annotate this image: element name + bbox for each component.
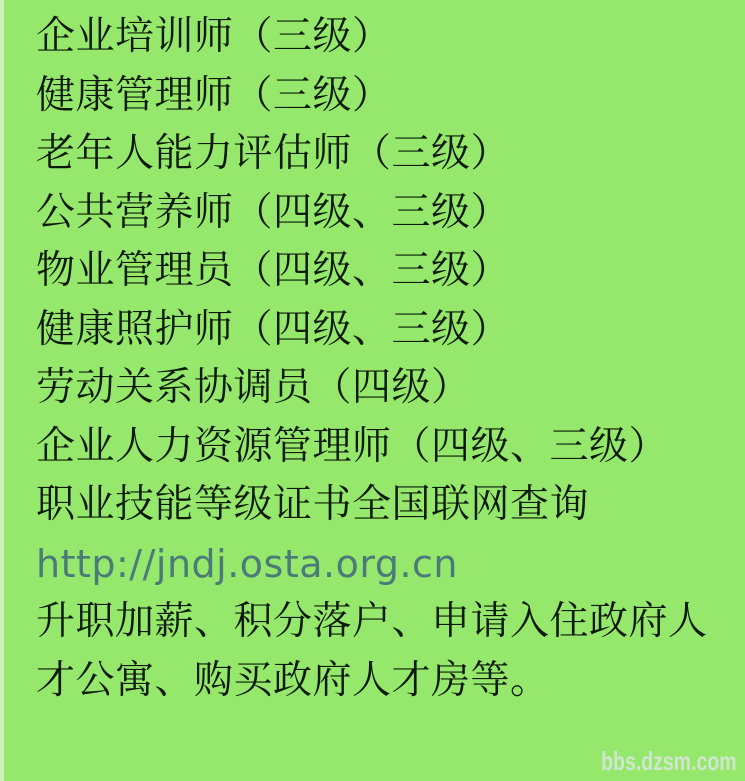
watermark: bbs.dzsm.com (602, 746, 737, 777)
certificate-item: 老年人能力评估师（三级） (36, 125, 735, 184)
chat-message-bubble: 企业培训师（三级） 健康管理师（三级） 老年人能力评估师（三级） 公共营养师（四… (36, 8, 735, 710)
certificate-item: 健康照护师（四级、三级） (36, 301, 735, 360)
query-heading: 职业技能等级证书全国联网查询 (36, 476, 735, 535)
certificate-item: 企业人力资源管理师（四级、三级） (36, 418, 735, 477)
certificate-item: 物业管理员（四级、三级） (36, 242, 735, 301)
benefits-text: 升职加薪、积分落户、申请入住政府人才公寓、购买政府人才房等。 (36, 593, 735, 710)
certificate-item: 企业培训师（三级） (36, 8, 735, 67)
query-link[interactable]: http://jndj.osta.org.cn (36, 535, 735, 594)
certificate-item: 健康管理师（三级） (36, 67, 735, 126)
certificate-item: 公共营养师（四级、三级） (36, 184, 735, 243)
chat-bubble-edge (0, 0, 4, 781)
certificate-item: 劳动关系协调员（四级） (36, 359, 735, 418)
